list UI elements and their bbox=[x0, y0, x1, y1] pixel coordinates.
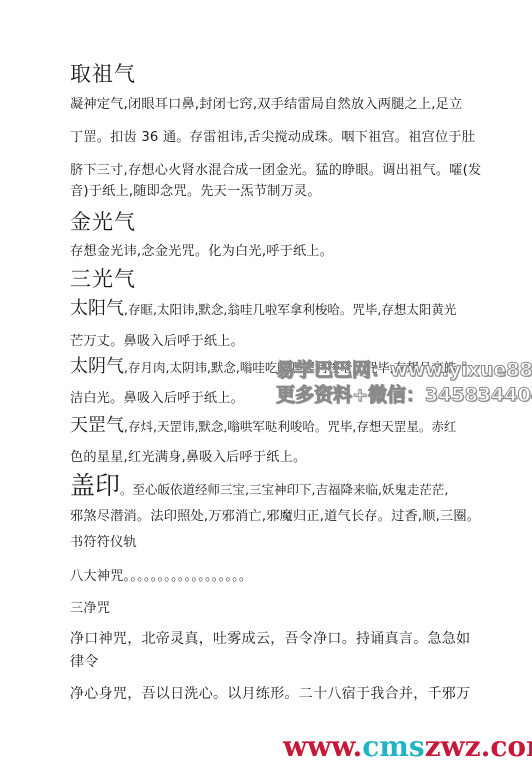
heading-quzuqi: 取祖气 bbox=[70, 58, 136, 88]
watermark-cmszwz: www.cmszwz.com bbox=[283, 730, 532, 763]
watermark-wechat: 更多资料+微信：3458344044 bbox=[276, 380, 532, 407]
taiyang-text: ,存眶,太阳讳,默念,翁哇几啦军拿利梭哈。咒毕,存想太阳黄光 bbox=[124, 302, 456, 317]
tiangang-line-2: 色的星星,红光满身,鼻吸入后呼于纸上。 bbox=[70, 446, 306, 465]
watermark-yixue88: 易学巴巴网：www.yixue88.cn bbox=[276, 355, 532, 382]
quzuqi-line-1: 凝神定气,闭眼耳口鼻,封闭七窍,双手结雷局自然放入两腿之上,足立 bbox=[70, 93, 462, 112]
taiyang-line-2: 芒万丈。鼻吸入后呼于纸上。 bbox=[70, 330, 244, 349]
shufu-heading: 书符符仪轨 bbox=[70, 531, 137, 550]
quzuqi-line-4: 音)于纸上,随即念咒。先天一炁节制万灵。 bbox=[70, 180, 321, 199]
jinguangqi-line-1: 存想金光讳,念金光咒。化为白光,呼于纸上。 bbox=[70, 240, 333, 259]
jingkou-line-1: 净口神咒，北帝灵真，吐雾成云，吾令净口。持诵真言。急急如 bbox=[70, 628, 470, 648]
gaiyin-text: 。至心皈依道经师三宝,三宝神印下,吉福降来临,妖鬼走茫茫, bbox=[120, 482, 448, 497]
gaiyin-line-1: 盖印。至心皈依道经师三宝,三宝神印下,吉福降来临,妖鬼走茫茫, bbox=[70, 466, 448, 502]
taiyin-lead: 太阴气 bbox=[70, 356, 124, 377]
site-part-www: www. bbox=[283, 730, 362, 763]
badashenzhou-heading: 八大神咒。。。。。。。。。。。。。。。。。。 bbox=[70, 565, 252, 584]
document-page: 取祖气 凝神定气,闭眼耳口鼻,封闭七窍,双手结雷局自然放入两腿之上,足立 丁罡。… bbox=[0, 0, 532, 765]
jingkou-line-2: 律令 bbox=[70, 651, 99, 671]
gaiyin-lead: 盖印 bbox=[70, 471, 120, 500]
tiangang-line-1: 天罡气,存炓,天罡讳,默念,嗡哄军哒利唆哈。咒毕,存想天罡星。赤红 bbox=[70, 411, 456, 437]
site-part-cms: cms bbox=[362, 730, 424, 763]
sanjingzhou-heading: 三净咒 bbox=[70, 597, 110, 616]
taiyang-lead: 太阳气 bbox=[70, 298, 124, 319]
quzuqi-line-3: 脐下三寸,存想心火肾水混合成一团金光。猛的睁眼。调出祖气。嚯(发 bbox=[70, 159, 481, 178]
taiyin-line-2: 洁白光。鼻吸入后呼于纸上。 bbox=[70, 387, 244, 406]
jingxin-line-1: 净心身咒，吾以日洗心。以月练形。二十八宿于我合并，千邪万 bbox=[70, 683, 470, 703]
site-part-zwz: zwz.com bbox=[425, 730, 532, 763]
heading-sanguangqi: 三光气 bbox=[70, 263, 136, 293]
quzuqi-line-2: 丁罡。扣齿 36 通。存雷祖讳,舌尖搅动成珠。咽下祖宫。祖宫位于肚 bbox=[70, 126, 475, 145]
gaiyin-line-2: 邪煞尽潜消。法印照处,万邪消亡,邪魔归正,道气长存。过香,顺,三圈。 bbox=[70, 505, 480, 524]
tiangang-lead: 天罡气 bbox=[70, 415, 124, 436]
taiyang-line-1: 太阳气,存眶,太阳讳,默念,翁哇几啦军拿利梭哈。咒毕,存想太阳黄光 bbox=[70, 294, 456, 320]
heading-jinguangqi: 金光气 bbox=[70, 206, 136, 236]
tiangang-text: ,存炓,天罡讳,默念,嗡哄军哒利唆哈。咒毕,存想天罡星。赤红 bbox=[124, 419, 456, 434]
